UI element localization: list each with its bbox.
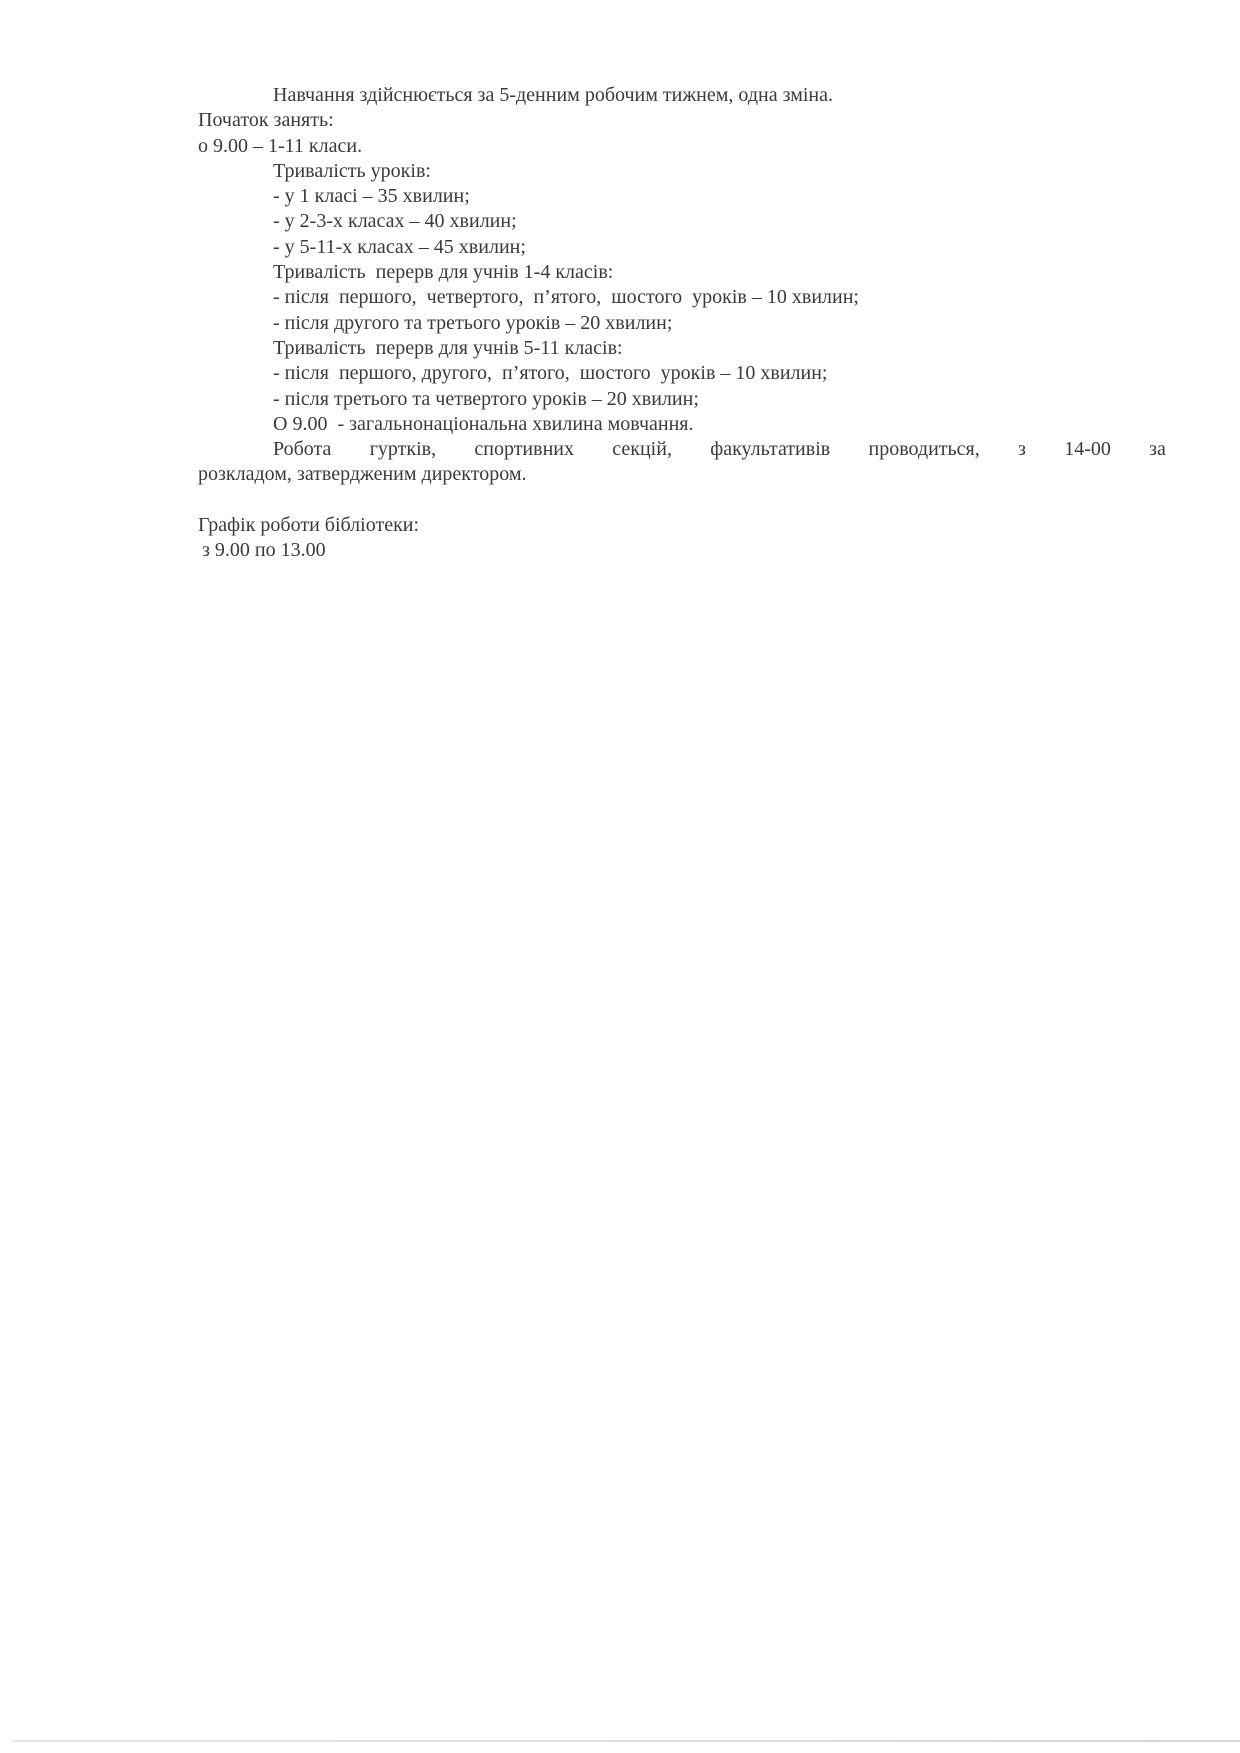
silence-minute: О 9.00 - загальнонаціональна хвилина мов… xyxy=(198,412,1166,437)
lesson-duration-item: - у 5-11-х класах – 45 хвилин; xyxy=(198,235,1166,260)
clubs-word: за xyxy=(1149,437,1166,462)
start-heading: Початок занять: xyxy=(198,108,1166,133)
lesson-duration-item: - у 1 класі – 35 хвилин; xyxy=(198,184,1166,209)
clubs-paragraph-line2: розкладом, затвердженим директором. xyxy=(198,462,1166,487)
clubs-word: Робота xyxy=(273,437,331,462)
spacer xyxy=(198,488,1166,513)
clubs-word: секцій, xyxy=(612,437,672,462)
clubs-word: 14-00 xyxy=(1064,437,1111,462)
clubs-word: гуртків, xyxy=(370,437,436,462)
document-body: Навчання здійснюється за 5-денним робочи… xyxy=(198,83,1166,564)
scan-edge-line xyxy=(12,1740,1240,1742)
breaks-5-11-item: - після третього та четвертого уроків – … xyxy=(198,387,1166,412)
breaks-1-4-item: - після першого, четвертого, п’ятого, шо… xyxy=(198,285,1166,310)
clubs-word: з xyxy=(1018,437,1026,462)
breaks-5-11-item: - після першого, другого, п’ятого, шосто… xyxy=(198,361,1166,386)
intro-paragraph: Навчання здійснюється за 5-денним робочи… xyxy=(198,83,1166,108)
clubs-word: факультативів xyxy=(710,437,830,462)
lesson-duration-item: - у 2-3-х класах – 40 хвилин; xyxy=(198,209,1166,234)
lesson-duration-heading: Тривалість уроків: xyxy=(198,159,1166,184)
start-value: о 9.00 – 1-11 класи. xyxy=(198,134,1166,159)
clubs-word: спортивних xyxy=(474,437,574,462)
breaks-1-4-heading: Тривалість перерв для учнів 1-4 класів: xyxy=(198,260,1166,285)
document-page: Навчання здійснюється за 5-денним робочи… xyxy=(0,0,1240,1753)
breaks-1-4-item: - після другого та третього уроків – 20 … xyxy=(198,311,1166,336)
breaks-5-11-heading: Тривалість перерв для учнів 5-11 класів: xyxy=(198,336,1166,361)
clubs-word: проводиться, xyxy=(868,437,979,462)
library-hours: з 9.00 по 13.00 xyxy=(198,538,1166,563)
library-heading: Графік роботи бібліотеки: xyxy=(198,513,1166,538)
clubs-paragraph-line1: Робота гуртків, спортивних секцій, факул… xyxy=(198,437,1166,462)
